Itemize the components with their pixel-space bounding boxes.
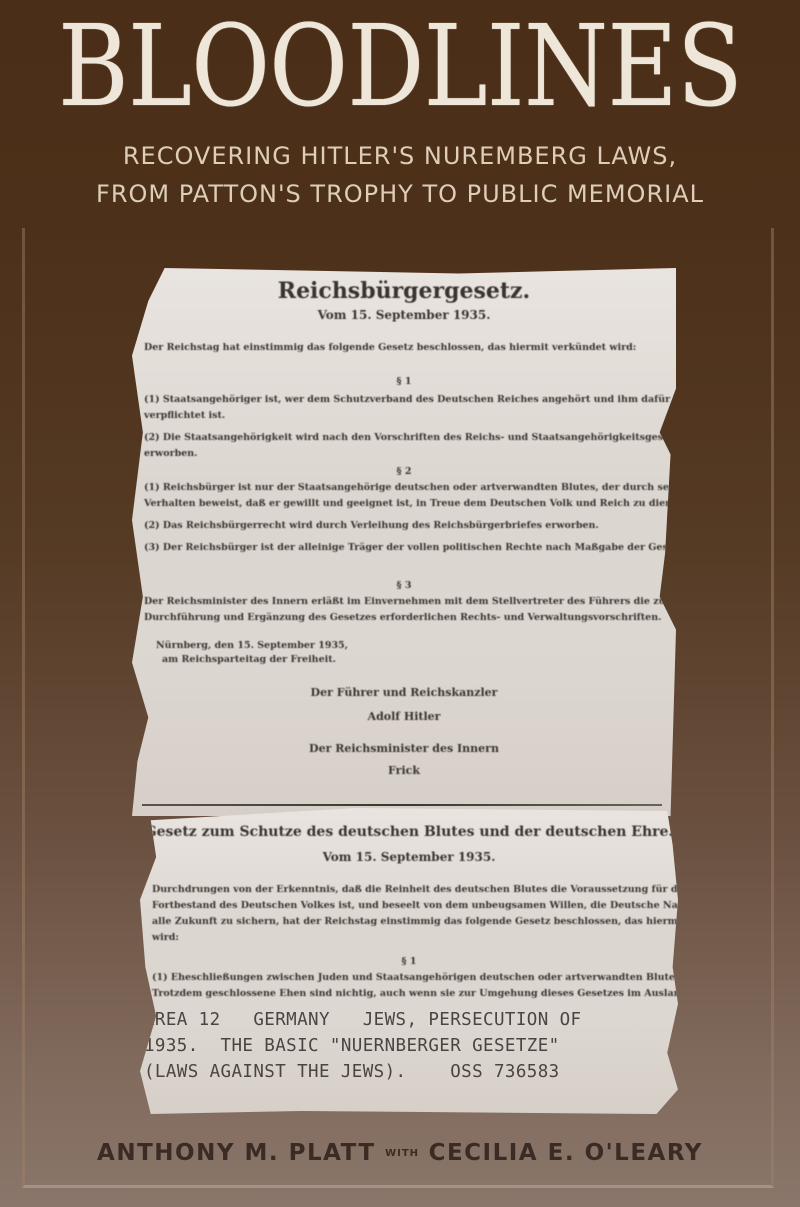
document-reichsbuergergesetz: Reichsbürgergesetz. Vom 15. September 19… <box>132 268 676 816</box>
book-title: BLOODLINES <box>56 0 744 134</box>
subtitle-line-2: FROM PATTON'S TROPHY TO PUBLIC MEMORIAL <box>0 180 800 208</box>
body-line: erworben. <box>132 448 676 459</box>
signature-name: Adolf Hitler <box>132 710 676 723</box>
document-date: Vom 15. September 1935. <box>132 308 676 322</box>
section-mark: § 3 <box>132 580 676 591</box>
author-connector: WITH <box>385 1148 419 1159</box>
signature-name: Frick <box>132 764 676 777</box>
body-line: Trotzdem geschlossene Ehen sind nichtig,… <box>140 988 678 999</box>
place-date: Nürnberg, den 15. September 1935, <box>132 640 676 651</box>
body-line: Der Reichsminister des Innern erläßt im … <box>132 596 676 607</box>
body-line: wird: <box>140 932 678 943</box>
signature-title: Der Reichsminister des Innern <box>132 742 676 755</box>
document-divider <box>142 804 662 806</box>
document-intro: Der Reichstag hat einstimmig das folgend… <box>132 342 676 353</box>
document-blutschutzgesetz: Gesetz zum Schutze des deutschen Blutes … <box>140 808 678 1114</box>
archive-stamp-line: 1935. THE BASIC "NUERNBERGER GESETZE" <box>140 1036 678 1056</box>
body-line: (1) Staatsangehöriger ist, wer dem Schut… <box>132 394 676 405</box>
body-line: (3) Der Reichsbürger ist der alleinige T… <box>132 542 676 553</box>
document-heading: Gesetz zum Schutze des deutschen Blutes … <box>140 824 678 840</box>
body-line: verpflichtet ist. <box>132 410 676 421</box>
section-mark: § 2 <box>132 466 676 477</box>
body-line: Fortbestand des Deutschen Volkes ist, un… <box>140 900 678 911</box>
signature-title: Der Führer und Reichskanzler <box>132 686 676 699</box>
document-date: Vom 15. September 1935. <box>140 850 678 864</box>
primary-author: ANTHONY M. PLATT <box>97 1140 376 1166</box>
book-cover: BLOODLINES RECOVERING HITLER'S NUREMBERG… <box>0 0 800 1207</box>
archive-stamp-line: AREA 12 GERMANY JEWS, PERSECUTION OF <box>140 1010 678 1030</box>
archive-stamp-line: (LAWS AGAINST THE JEWS). OSS 736583 <box>140 1062 678 1082</box>
body-line: (1) Eheschließungen zwischen Juden und S… <box>140 972 678 983</box>
body-line: (1) Reichsbürger ist nur der Staatsangeh… <box>132 482 676 493</box>
subtitle-line-1: RECOVERING HITLER'S NUREMBERG LAWS, <box>0 142 800 170</box>
document-heading: Reichsbürgergesetz. <box>132 278 676 304</box>
section-mark: § 1 <box>140 956 678 967</box>
body-line: alle Zukunft zu sichern, hat der Reichst… <box>140 916 678 927</box>
secondary-author: CECILIA E. O'LEARY <box>429 1140 703 1166</box>
author-line: ANTHONY M. PLATT WITH CECILIA E. O'LEARY <box>0 1140 800 1166</box>
body-line: Durchführung und Ergänzung des Gesetzes … <box>132 612 676 623</box>
occasion: am Reichsparteitag der Freiheit. <box>132 654 676 665</box>
body-line: Durchdrungen von der Erkenntnis, daß die… <box>140 884 678 895</box>
body-line: (2) Die Staatsangehörigkeit wird nach de… <box>132 432 676 443</box>
body-line: Verhalten beweist, daß er gewillt und ge… <box>132 498 676 509</box>
body-line: (2) Das Reichsbürgerrecht wird durch Ver… <box>132 520 676 531</box>
section-mark: § 1 <box>132 376 676 387</box>
